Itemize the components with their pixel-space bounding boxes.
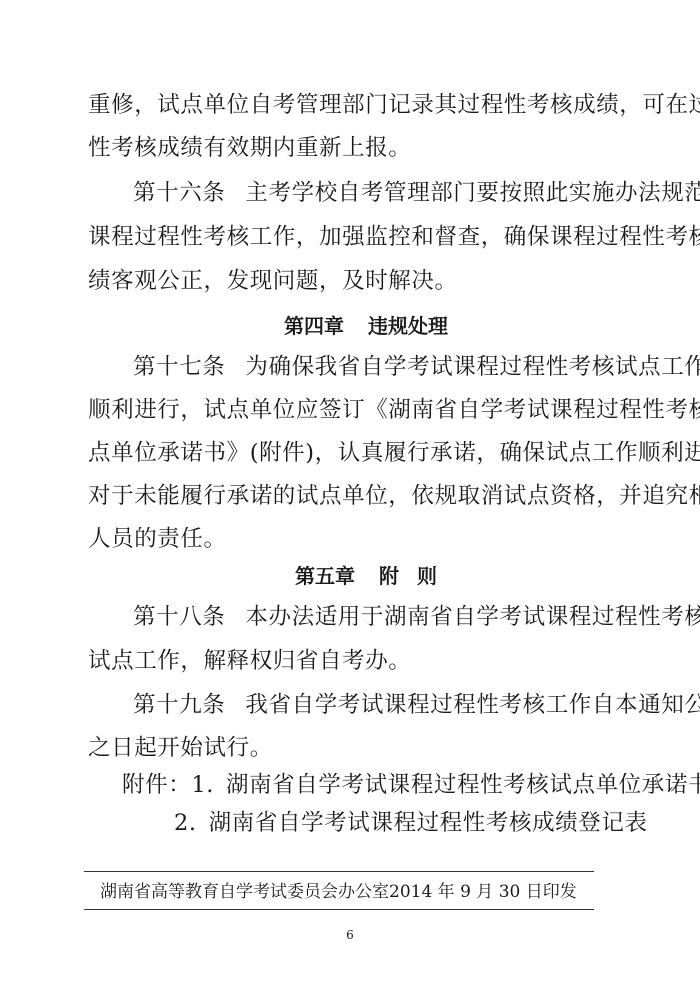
text-line: 顺利进行，试点单位应签订《湖南省自学考试课程过程性考核试: [88, 395, 616, 425]
chapter-title: 附: [379, 564, 399, 588]
text-line: 为确保我省自学考试课程过程性考核试点工作的: [245, 354, 700, 380]
text-line: 本办法适用于湖南省自学考试课程过程性考核的: [245, 604, 700, 630]
attachment-label: 附件：: [122, 772, 191, 798]
text-line: 绩客观公正，发现问题，及时解决。: [88, 266, 616, 296]
text-line: 性考核成绩有效期内重新上报。: [88, 133, 616, 163]
chapter-heading: 第四章违规处理: [16, 312, 700, 340]
text-line: 试点工作，解释权归省自考办。: [88, 646, 616, 676]
divider-line: [84, 909, 594, 910]
chapter-title: 违规处理: [368, 314, 448, 338]
divider-line: [84, 871, 594, 872]
issuer: 湖南省高等教育自学考试委员会办公室: [100, 880, 389, 904]
attachment-item: 2.湖南省自学考试课程过程性考核成绩登记表: [174, 808, 700, 838]
article-number: 第十八条: [133, 604, 225, 630]
attachment-number: 1.: [191, 772, 214, 798]
chapter-number: 第五章: [295, 564, 355, 588]
article-number: 第十九条: [133, 692, 225, 718]
attachment-title: 湖南省自学考试课程过程性考核试点单位承诺书: [226, 772, 700, 798]
text-line: 点单位承诺书》(附件)，认真履行承诺，确保试点工作顺利进行。: [88, 438, 616, 468]
chapter-title: 则: [417, 564, 437, 588]
chapter-heading: 第五章附则: [16, 562, 700, 590]
attachment-item: 附件：1.湖南省自学考试课程过程性考核试点单位承诺书: [122, 770, 650, 800]
text-line: 对于未能履行承诺的试点单位，依规取消试点资格，并追究相关: [88, 481, 616, 511]
text-line: 课程过程性考核工作，加强监控和督查，确保课程过程性考核成: [88, 222, 616, 252]
article-number: 第十六条: [133, 180, 225, 206]
attachment-number: 2.: [174, 810, 197, 836]
attachment-title: 湖南省自学考试课程过程性考核成绩登记表: [209, 810, 648, 836]
text-line: 之日起开始试行。: [88, 733, 616, 763]
text-line: 重修，试点单位自考管理部门记录其过程性考核成绩，可在过程: [88, 90, 616, 120]
article-18: 第十八条本办法适用于湖南省自学考试课程过程性考核的: [133, 602, 661, 632]
document-page: 重修，试点单位自考管理部门记录其过程性考核成绩，可在过程 性考核成绩有效期内重新…: [0, 0, 700, 1002]
text-line: 主考学校自考管理部门要按照此实施办法规范: [245, 180, 700, 206]
page-number: 6: [0, 928, 700, 942]
issue-date: 2014 年 9 月 30 日印发: [389, 880, 577, 904]
article-16: 第十六条主考学校自考管理部门要按照此实施办法规范: [133, 178, 661, 208]
chapter-number: 第四章: [284, 314, 344, 338]
article-17: 第十七条为确保我省自学考试课程过程性考核试点工作的: [133, 352, 661, 382]
article-number: 第十七条: [133, 354, 225, 380]
text-line: 人员的责任。: [88, 524, 616, 554]
article-19: 第十九条我省自学考试课程过程性考核工作自本通知公布: [133, 690, 661, 720]
text-line: 我省自学考试课程过程性考核工作自本通知公布: [245, 692, 700, 718]
